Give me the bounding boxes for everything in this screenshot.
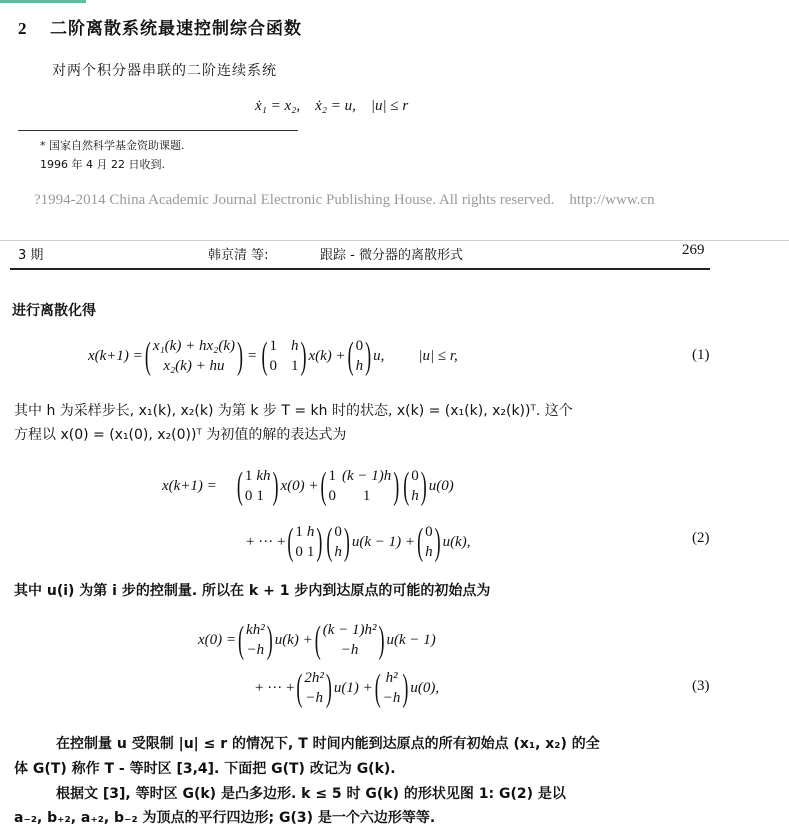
top-accent-strip bbox=[0, 0, 86, 3]
header-running-title: 跟踪 - 微分器的离散形式 bbox=[320, 244, 463, 263]
watermark-text: ?1994-2014 China Academic Journal Electr… bbox=[34, 192, 554, 208]
equation-3-line1: x(0) = ( kh²−h ) u(k) + ( (k − 1)h²−h ) … bbox=[198, 620, 436, 660]
footnote-received: 1996 年 4 月 22 日收到. bbox=[40, 156, 165, 172]
para3: 其中 u(i) 为第 i 步的控制量. 所以在 k + 1 步内到达原点的可能的… bbox=[14, 580, 490, 600]
eq2-t4: u(k), bbox=[443, 534, 471, 551]
para5-line1: 根据文 [3], 等时区 G(k) 是凸多边形. k ≤ 5 时 G(k) 的形… bbox=[56, 783, 566, 803]
eq1-m10: 0 bbox=[269, 356, 277, 376]
eq2-ellipsis: + ··· + bbox=[246, 534, 285, 551]
eq3-v1-1: −h bbox=[246, 640, 265, 660]
footnote-funding: * 国家自然科学基金资助课题. bbox=[40, 137, 185, 153]
section-number: 2 bbox=[18, 19, 50, 39]
intro-line: 对两个积分器串联的二阶连续系统 bbox=[52, 60, 277, 80]
eq2-m3-10: 0 bbox=[295, 542, 303, 562]
eq1-tail: u, bbox=[373, 348, 384, 365]
eq3-v3-1: −h bbox=[304, 688, 324, 708]
discretize-line: 进行离散化得 bbox=[12, 300, 96, 320]
eq3-v1-0: kh² bbox=[246, 620, 265, 640]
eq3-lhs: x(0) = bbox=[198, 632, 236, 649]
eq1-m00: 1 bbox=[269, 336, 277, 356]
eq3-v4-1: −h bbox=[383, 688, 401, 708]
eq2-m2-01: (k − 1)h bbox=[342, 466, 391, 486]
para5-line2: a₋₂, b₊₂, a₊₂, b₋₂ 为顶点的平行四边形; G(3) 是一个六边… bbox=[14, 807, 435, 827]
para4-line2: 体 G(T) 称作 T - 等时区 [3,4]. 下面把 G(T) 改记为 G(… bbox=[14, 758, 396, 778]
eq1-number: (1) bbox=[692, 347, 710, 364]
eq2-v-1: h bbox=[411, 486, 419, 506]
eq3-v2-0: (k − 1)h² bbox=[323, 620, 377, 640]
eq-x2dot: ẋ₂ = u, bbox=[315, 98, 356, 114]
equation-3-line2: + ··· + ( 2h²−h ) u(1) + ( h²−h ) u(0), bbox=[255, 668, 439, 708]
eq2-v3-0: 0 bbox=[425, 522, 433, 542]
eq3-number: (3) bbox=[692, 678, 710, 695]
section-heading: 2二阶离散系统最速控制综合函数 bbox=[18, 14, 302, 39]
eq2-m2-10: 0 bbox=[329, 486, 337, 506]
eq3-t3: u(1) + bbox=[334, 680, 373, 697]
eq1-vec1-bot: x₂(k) + hu bbox=[153, 356, 235, 376]
eq3-t1: u(k) + bbox=[275, 632, 313, 649]
eq1-m11: 1 bbox=[291, 356, 299, 376]
eq3-v3-0: 2h² bbox=[304, 668, 324, 688]
eq2-t1: x(0) + bbox=[280, 478, 318, 495]
eq2-t2: u(0) bbox=[429, 478, 454, 495]
eq3-t2: u(k − 1) bbox=[387, 632, 436, 649]
para2-line2: 方程以 x(0) = (x₁(0), x₂(0))ᵀ 为初值的解的表达式为 bbox=[14, 424, 346, 444]
eq1-after-mat: x(k) + bbox=[308, 348, 345, 365]
eq2-v2-1: h bbox=[334, 542, 342, 562]
copyright-watermark: ?1994-2014 China Academic Journal Electr… bbox=[34, 192, 655, 209]
header-page-number: 269 bbox=[682, 242, 705, 259]
footnote-rule bbox=[18, 130, 298, 131]
eq2-v-0: 0 bbox=[411, 466, 419, 486]
header-rule bbox=[10, 268, 710, 270]
continuous-system-equation: ẋ₁ = x₂, ẋ₂ = u, |u| ≤ r bbox=[255, 98, 408, 115]
eq1-m01: h bbox=[291, 336, 299, 356]
eq-constraint: |u| ≤ r bbox=[371, 98, 408, 114]
header-issue: 3 期 bbox=[18, 244, 43, 263]
eq3-ellipsis: + ··· + bbox=[255, 680, 294, 697]
eq2-number: (2) bbox=[692, 530, 710, 547]
section-title: 二阶离散系统最速控制综合函数 bbox=[50, 19, 302, 39]
eq2-m3-00: 1 bbox=[295, 522, 303, 542]
para2-line1: 其中 h 为采样步长, x₁(k), x₂(k) 为第 k 步 T = kh 时… bbox=[14, 400, 573, 420]
eq1-v1: h bbox=[356, 356, 364, 376]
equation-2-line1: x(k+1) = ( 1kh 01 ) x(0) + ( 1(k − 1)h 0… bbox=[162, 466, 454, 506]
eq1-vec1-top: x₁(k) + hx₂(k) bbox=[153, 336, 235, 356]
eq3-v2-1: −h bbox=[323, 640, 377, 660]
page-break-rule bbox=[0, 240, 789, 241]
equation-1: x(k+1) = ( x₁(k) + hx₂(k)x₂(k) + hu ) = … bbox=[88, 336, 458, 376]
equation-2-line2: + ··· + ( 1h 01 ) ( 0h ) u(k − 1) + ( 0h… bbox=[246, 522, 470, 562]
eq2-m1-01: kh bbox=[256, 466, 270, 486]
eq2-m1-00: 1 bbox=[245, 466, 253, 486]
eq2-v2-0: 0 bbox=[334, 522, 342, 542]
eq1-equals: = bbox=[248, 348, 256, 365]
eq2-m2-00: 1 bbox=[329, 466, 337, 486]
eq2-lhs: x(k+1) = bbox=[162, 478, 217, 495]
eq2-m2-11: 1 bbox=[342, 486, 391, 506]
eq2-m1-10: 0 bbox=[245, 486, 253, 506]
eq2-v3-1: h bbox=[425, 542, 433, 562]
header-authors: 韩京清 等: bbox=[208, 244, 269, 263]
eq1-v0: 0 bbox=[356, 336, 364, 356]
eq2-m3-01: h bbox=[307, 522, 315, 542]
eq3-t4: u(0), bbox=[410, 680, 439, 697]
eq2-m3-11: 1 bbox=[307, 542, 315, 562]
watermark-url: http://www.cn bbox=[569, 192, 654, 208]
eq2-m1-11: 1 bbox=[256, 486, 270, 506]
eq1-constraint: |u| ≤ r, bbox=[418, 348, 457, 365]
para4-line1: 在控制量 u 受限制 |u| ≤ r 的情况下, T 时间内能到达原点的所有初始… bbox=[56, 733, 600, 753]
eq1-lhs: x(k+1) = bbox=[88, 348, 143, 365]
eq3-v4-0: h² bbox=[383, 668, 401, 688]
eq-x1dot: ẋ₁ = x₂, bbox=[255, 98, 300, 114]
eq2-t3: u(k − 1) + bbox=[352, 534, 415, 551]
